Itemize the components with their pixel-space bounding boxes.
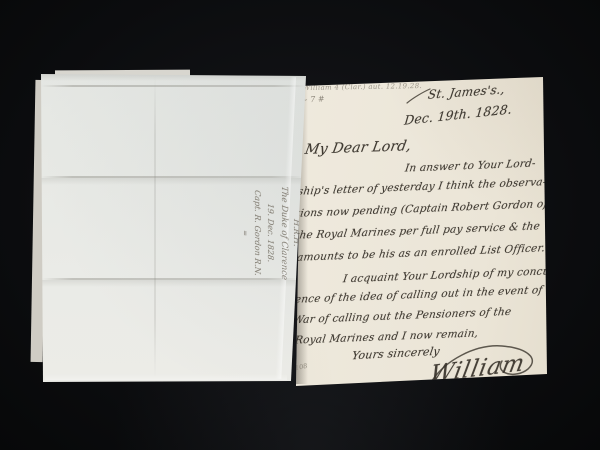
signature: William (420, 334, 552, 400)
docket: H.R.H. The Duke of Clarence 19. Dec. 182… (209, 177, 303, 289)
body-line-2: -ship's letter of yesterday I think the … (293, 176, 547, 198)
body-line-4: the Royal Marines per full pay service &… (294, 220, 540, 241)
body-line-8: War of calling out the Pensioners of the (292, 306, 512, 326)
docket-line-4: Capt. R. Gordon R.N. (251, 176, 264, 290)
body-line-1: In answer to Your Lord- (404, 157, 536, 174)
heading-date: Dec. 19th. 1828. (403, 101, 512, 128)
body-line-6: I acquaint Your Lordship of my concurr- (342, 265, 564, 286)
body-line-5: amounts to be his as an enrolled List Of… (296, 242, 546, 264)
body-line-7: -ence of the idea of calling out in the … (290, 284, 543, 306)
docket-line-5: = (238, 176, 251, 290)
fold-crease-vertical (154, 76, 156, 378)
photo-stage: William 4 (Clar.) aut. 12.19.28. ~ 7 # S… (0, 0, 600, 450)
fold-band-top (41, 74, 306, 81)
body-line-3: -tions now pending (Captain Robert Gordo… (291, 198, 548, 220)
docket-line-2: The Duke of Clarence (277, 176, 290, 290)
salutation: My Dear Lord, (304, 138, 413, 158)
fold-crease-top (41, 85, 306, 87)
docket-line-3: 19. Dec. 1828. (264, 176, 277, 290)
page-edge-highlight-bottom (45, 374, 287, 380)
heading-place: St. James's., (427, 82, 506, 102)
